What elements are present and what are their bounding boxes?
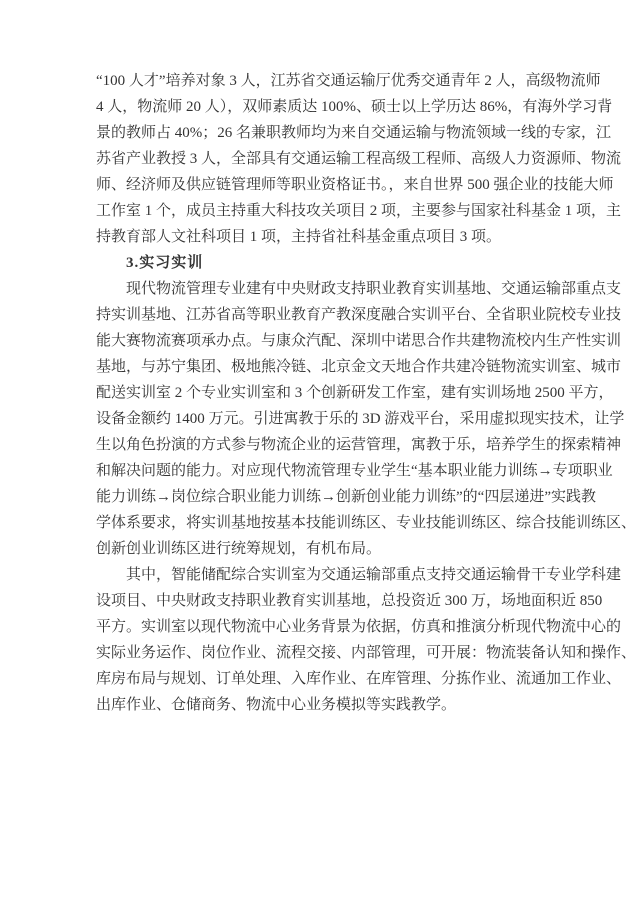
text-line: 其中，智能储配综合实训室为交通运输部重点支持交通运输骨干专业学科建: [96, 562, 545, 588]
text-line: 和解决问题的能力。对应现代物流管理专业学生“基本职业能力训练→专项职业: [96, 458, 545, 484]
text-line: 创新创业训练区进行统筹规划，有机布局。: [96, 536, 545, 562]
paragraph: 其中，智能储配综合实训室为交通运输部重点支持交通运输骨干专业学科建设项目、中央财…: [96, 562, 545, 718]
text-line: 生以角色扮演的方式参与物流企业的运营管理，寓教于乐，培养学生的探索精神: [96, 432, 545, 458]
text-line: 4 人，物流师 20 人），双师素质达 100%、硕士以上学历达 86%，有海外…: [96, 94, 545, 120]
text-line: 师、经济师及供应链管理师等职业资格证书。，来自世界 500 强企业的技能大师: [96, 172, 545, 198]
text-line: 苏省产业教授 3 人，全部具有交通运输工程高级工程师、高级人力资源师、物流: [96, 146, 545, 172]
text-line: 能大赛物流赛项承办点。与康众汽配、深圳中诺思合作共建物流校内生产性实训: [96, 328, 545, 354]
text-line: 库房布局与规划、订单处理、入库作业、在库管理、分拣作业、流通加工作业、: [96, 666, 545, 692]
text-line: 工作室 1 个，成员主持重大科技攻关项目 2 项，主要参与国家社科基金 1 项，…: [96, 198, 545, 224]
text-line: 能力训练→岗位综合职业能力训练→创新创业能力训练”的“四层递进”实践教: [96, 484, 545, 510]
text-line: 持教育部人文社科项目 1 项，主持省社科基金重点项目 3 项。: [96, 224, 545, 250]
document-page: “100 人才”培养对象 3 人，江苏省交通运输厅优秀交通青年 2 人，高级物流…: [0, 0, 639, 905]
paragraph: 现代物流管理专业建有中央财政支持职业教育实训基地、交通运输部重点支持实训基地、江…: [96, 276, 545, 562]
text-line: 景的教师占 40%；26 名兼职教师均为来自交通运输与物流领域一线的专家，江: [96, 120, 545, 146]
section-heading: 3.实习实训: [96, 250, 545, 276]
text-line: 基地，与苏宁集团、极地熊冷链、北京金文天地合作共建冷链物流实训室、城市: [96, 354, 545, 380]
text-block: “100 人才”培养对象 3 人，江苏省交通运输厅优秀交通青年 2 人，高级物流…: [96, 68, 545, 718]
text-line: 设备金额约 1400 万元。引进寓教于乐的 3D 游戏平台，采用虚拟现实技术，让…: [96, 406, 545, 432]
paragraph: “100 人才”培养对象 3 人，江苏省交通运输厅优秀交通青年 2 人，高级物流…: [96, 68, 545, 250]
text-line: 配送实训室 2 个专业实训室和 3 个创新研发工作室，建有实训场地 2500 平…: [96, 380, 545, 406]
text-line: 持实训基地、江苏省高等职业教育产教深度融合实训平台、全省职业院校专业技: [96, 302, 545, 328]
text-line: 学体系要求，将实训基地按基本技能训练区、专业技能训练区、综合技能训练区、: [96, 510, 545, 536]
text-line: 设项目、中央财政支持职业教育实训基地，总投资近 300 万，场地面积近 850: [96, 588, 545, 614]
text-line: 平方。实训室以现代物流中心业务背景为依据，仿真和推演分析现代物流中心的: [96, 614, 545, 640]
text-line: 现代物流管理专业建有中央财政支持职业教育实训基地、交通运输部重点支: [96, 276, 545, 302]
text-line: 出库作业、仓储商务、物流中心业务模拟等实践教学。: [96, 692, 545, 718]
text-line: 实际业务运作、岗位作业、流程交接、内部管理，可开展：物流装备认知和操作、: [96, 640, 545, 666]
text-line: “100 人才”培养对象 3 人，江苏省交通运输厅优秀交通青年 2 人，高级物流…: [96, 68, 545, 94]
